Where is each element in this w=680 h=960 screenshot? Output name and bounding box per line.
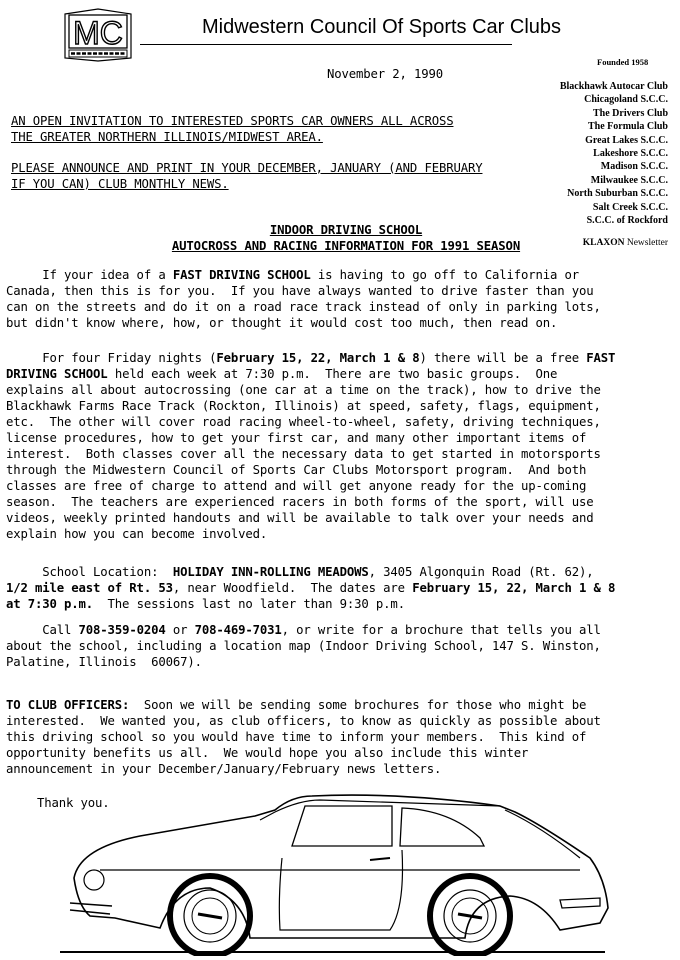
emphasis-text: 1/2 mile east of Rt. 53 — [6, 581, 173, 595]
body-text: , near Woodfield. The dates are — [173, 581, 412, 595]
contact-paragraph: Call 708-359-0204 or 708-469-7031, or wr… — [6, 622, 676, 670]
club-item: North Suburban S.C.C. — [560, 187, 668, 200]
body-text: School Location: — [6, 565, 173, 579]
emphasis-text: FAST DRIVING SCHOOL — [173, 268, 311, 282]
emphasis-text: HOLIDAY INN-ROLLING MEADOWS — [173, 565, 369, 579]
sports-car-illustration — [60, 788, 620, 956]
intro-paragraph: If your idea of a FAST DRIVING SCHOOL is… — [6, 267, 676, 331]
invitation-line: AN OPEN INVITATION TO INTERESTED SPORTS … — [11, 113, 453, 129]
section-heading: INDOOR DRIVING SCHOOL AUTOCROSS AND RACI… — [0, 222, 680, 254]
club-item: The Formula Club — [560, 120, 668, 133]
heading-subtitle: AUTOCROSS AND RACING INFORMATION FOR 199… — [172, 239, 520, 253]
announce-line: PLEASE ANNOUNCE AND PRINT IN YOUR DECEMB… — [11, 160, 482, 176]
letter-date: November 2, 1990 — [327, 66, 443, 82]
body-text: or — [166, 623, 195, 637]
invitation-line: THE GREATER NORTHERN ILLINOIS/MIDWEST AR… — [11, 129, 453, 145]
title-underline — [140, 44, 512, 45]
body-text: , 3405 Algonquin Road (Rt. 62), — [369, 565, 594, 579]
svg-text:MC: MC — [73, 15, 123, 51]
founded-year: Founded 1958 — [597, 57, 648, 67]
member-clubs-list: Blackhawk Autocar Club Chicagoland S.C.C… — [560, 80, 668, 227]
emphasis-text: TO CLUB OFFICERS: — [6, 698, 129, 712]
announce-line: IF YOU CAN) CLUB MONTHLY NEWS. — [11, 176, 482, 192]
club-item: Chicagoland S.C.C. — [560, 93, 668, 106]
club-officers-paragraph: TO CLUB OFFICERS: Soon we will be sendin… — [6, 697, 676, 777]
schedule-paragraph: For four Friday nights (February 15, 22,… — [6, 350, 676, 542]
body-text: ) there will be a free — [419, 351, 586, 365]
club-item: The Drivers Club — [560, 107, 668, 120]
club-item: Milwaukee S.C.C. — [560, 174, 668, 187]
emphasis-text: 708-469-7031 — [195, 623, 282, 637]
body-text: The sessions last no later than 9:30 p.m… — [93, 597, 405, 611]
organization-name: Midwestern Council Of Sports Car Clubs — [202, 16, 561, 39]
club-item: Lakeshore S.C.C. — [560, 147, 668, 160]
heading-title: INDOOR DRIVING SCHOOL — [270, 223, 422, 237]
emphasis-text: 708-359-0204 — [79, 623, 166, 637]
body-text: held each week at 7:30 p.m. There are tw… — [6, 367, 601, 541]
body-text: Call — [6, 623, 79, 637]
body-text: If your idea of a — [6, 268, 173, 282]
club-item: Great Lakes S.C.C. — [560, 134, 668, 147]
body-text: For four Friday nights ( — [6, 351, 216, 365]
emphasis-text: February 15, 22, March 1 & 8 — [216, 351, 419, 365]
mcscc-logo: MC — [62, 8, 134, 62]
invitation-block: AN OPEN INVITATION TO INTERESTED SPORTS … — [11, 113, 453, 145]
club-item: Salt Creek S.C.C. — [560, 201, 668, 214]
location-paragraph: School Location: HOLIDAY INN-ROLLING MEA… — [6, 564, 676, 612]
club-item: Blackhawk Autocar Club — [560, 80, 668, 93]
club-item: Madison S.C.C. — [560, 160, 668, 173]
announce-request-block: PLEASE ANNOUNCE AND PRINT IN YOUR DECEMB… — [11, 160, 482, 192]
